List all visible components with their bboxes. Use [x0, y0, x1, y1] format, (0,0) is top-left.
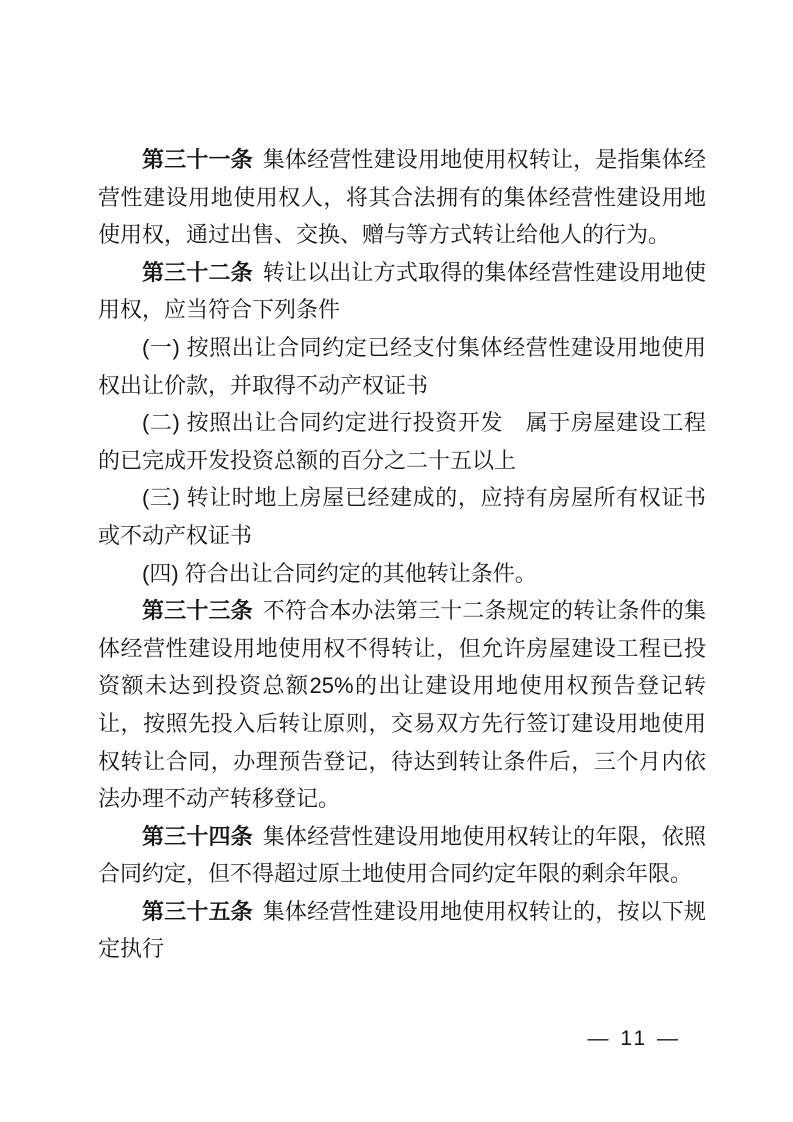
list-item-text: (三) 转让时地上房屋已经建成的，应持有房屋所有权证书或不动产权证书: [98, 485, 706, 548]
article-number: 第三十五条: [142, 899, 253, 924]
page-number: — 11 —: [588, 1028, 681, 1050]
article-number: 第三十四条: [142, 824, 253, 849]
list-item-2: (二) 按照出让合同约定进行投资开发 属于房屋建设工程的已完成开发投资总额的百分…: [98, 404, 706, 479]
article-paragraph-32: 第三十二条转让以出让方式取得的集体经营性建设用地使用权，应当符合下列条件: [98, 254, 706, 329]
article-paragraph-35: 第三十五条集体经营性建设用地使用权转让的，按以下规定执行: [98, 893, 706, 968]
article-paragraph-34: 第三十四条集体经营性建设用地使用权转让的年限，依照合同约定，但不得超过原土地使用…: [98, 818, 706, 893]
article-paragraph-33: 第三十三条不符合本办法第三十二条规定的转让条件的集体经营性建设用地使用权不得转让…: [98, 592, 706, 818]
article-text: 不符合本办法第三十二条规定的转让条件的集体经营性建设用地使用权不得转让，但允许房…: [98, 598, 706, 811]
article-number: 第三十二条: [142, 260, 253, 285]
article-number: 第三十三条: [142, 598, 253, 623]
list-item-1: (一) 按照出让合同约定已经支付集体经营性建设用地使用权出让价款，并取得不动产权…: [98, 329, 706, 404]
article-paragraph-31: 第三十一条集体经营性建设用地使用权转让，是指集体经营性建设用地使用权人，将其合法…: [98, 141, 706, 254]
document-page: 第三十一条集体经营性建设用地使用权转让，是指集体经营性建设用地使用权人，将其合法…: [0, 0, 793, 1122]
list-item-text: (四) 符合出让合同约定的其他转让条件。: [142, 561, 537, 586]
list-item-text: (二) 按照出让合同约定进行投资开发 属于房屋建设工程的已完成开发投资总额的百分…: [98, 410, 706, 473]
list-item-4: (四) 符合出让合同约定的其他转让条件。: [98, 555, 706, 593]
list-item-text: (一) 按照出让合同约定已经支付集体经营性建设用地使用权出让价款，并取得不动产权…: [98, 335, 706, 398]
article-number: 第三十一条: [142, 147, 253, 172]
list-item-3: (三) 转让时地上房屋已经建成的，应持有房屋所有权证书或不动产权证书: [98, 479, 706, 554]
document-body: 第三十一条集体经营性建设用地使用权转让，是指集体经营性建设用地使用权人，将其合法…: [98, 141, 706, 968]
